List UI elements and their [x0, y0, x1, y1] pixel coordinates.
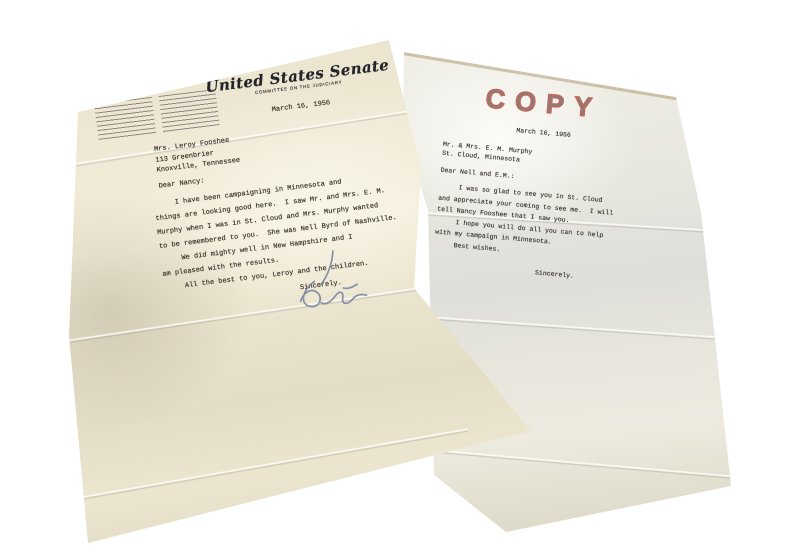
senate-letter-text: United States Senate COMMITTEE ON THE JU… — [85, 55, 442, 318]
photo-scene: COPY March 16, 1956 Mr. & Mrs. E. M. Mur… — [0, 0, 800, 559]
signature-estes: Estes — [281, 244, 384, 323]
committee-column-left — [94, 97, 156, 142]
carbon-copy-letter: COPY March 16, 1956 Mr. & Mrs. E. M. Mur… — [403, 52, 731, 532]
fold-crease — [84, 428, 469, 500]
closing: Sincerely. — [535, 268, 692, 291]
fold-crease — [441, 450, 740, 480]
copy-letter-text: COPY March 16, 1956 Mr. & Mrs. E. M. Mur… — [432, 86, 707, 291]
fold-crease — [425, 316, 725, 341]
letter-body: I was so glad to see you in St. Cloud an… — [434, 181, 699, 272]
copy-stamp: COPY — [468, 84, 620, 124]
